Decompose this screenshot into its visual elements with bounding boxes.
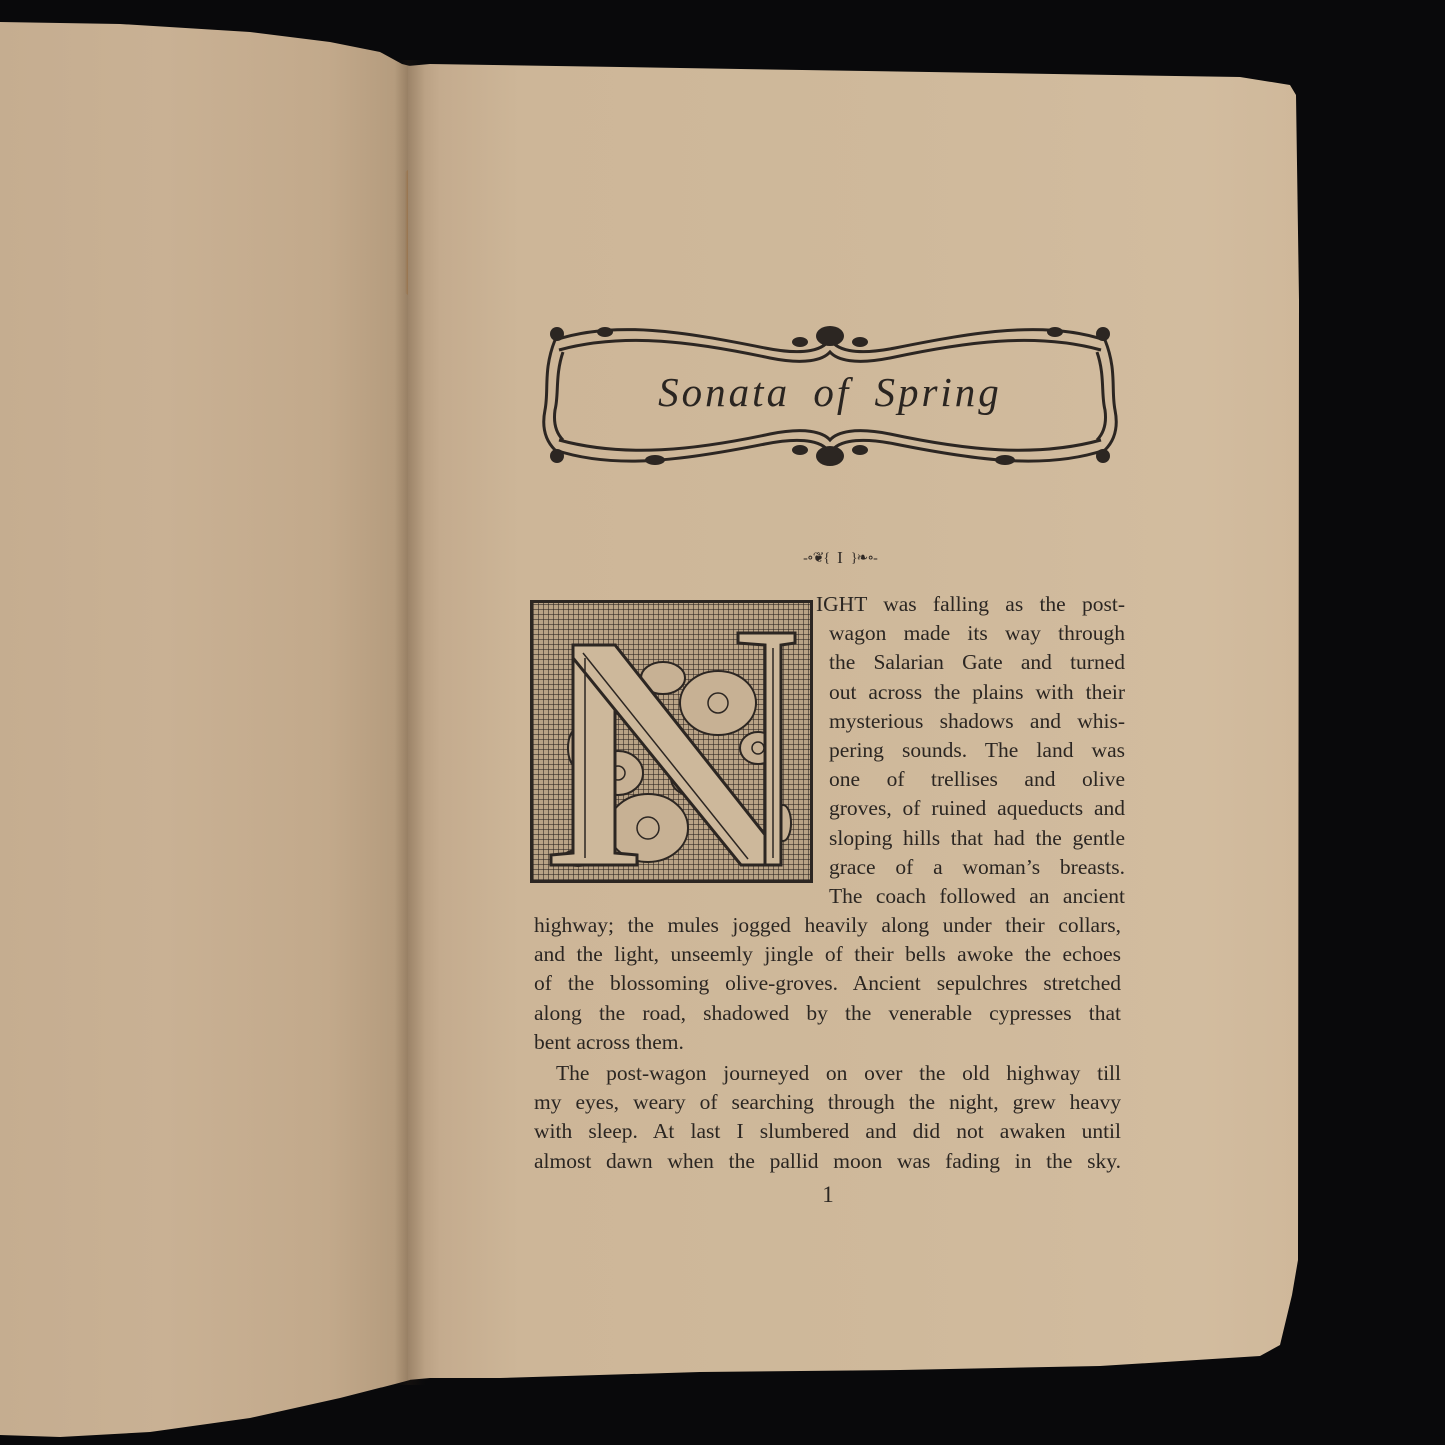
right-fleuron-icon: }❧∘- bbox=[851, 550, 877, 567]
text-line: of the blossoming olive-groves. Ancient … bbox=[534, 969, 1121, 998]
text-line: the Salarian Gate and turned bbox=[829, 648, 1125, 677]
section-number: I bbox=[837, 548, 843, 568]
text-line: and the light, unseemly jingle of their … bbox=[534, 940, 1121, 969]
text-line: wagon made its way through bbox=[829, 619, 1125, 648]
text-line: almost dawn when the pallid moon was fad… bbox=[534, 1147, 1121, 1176]
text-line: out across the plains with their bbox=[829, 678, 1125, 707]
text-line: pering sounds. The land was bbox=[829, 736, 1125, 765]
text-line: with sleep. At last I slumbered and did … bbox=[534, 1117, 1121, 1146]
paragraph-2: The post-wagon journeyed on over the old… bbox=[534, 1059, 1121, 1176]
left-fleuron-icon: -∘❦{ bbox=[803, 550, 829, 567]
page-number: 1 bbox=[818, 1182, 838, 1208]
photo-scene: Sonata of Spring -∘❦{ I }❧∘- bbox=[0, 0, 1445, 1445]
book-gutter-crease bbox=[395, 60, 425, 1385]
text-line: highway; the mules jogged heavily along … bbox=[534, 911, 1121, 940]
text-line: mysterious shadows and whis- bbox=[829, 707, 1125, 736]
text-line: one of trellises and olive bbox=[829, 765, 1125, 794]
text-line: grace of a woman’s breasts. bbox=[829, 853, 1125, 882]
ornamental-title-frame: Sonata of Spring bbox=[535, 310, 1125, 480]
paragraph-1-full-width: highway; the mules jogged heavily along … bbox=[534, 911, 1121, 1057]
text-line: The post-wagon journeyed on over the old… bbox=[534, 1059, 1121, 1088]
chapter-title: Sonata of Spring bbox=[535, 368, 1125, 416]
text-line: my eyes, weary of searching through the … bbox=[534, 1088, 1121, 1117]
text-line: IGHT was falling as the post- bbox=[816, 590, 1125, 619]
illuminated-drop-cap bbox=[530, 600, 813, 883]
paragraph-1-beside-dropcap: IGHT was falling as the post- wagon made… bbox=[829, 590, 1125, 911]
text-line: The coach followed an ancient bbox=[829, 882, 1125, 911]
text-line: groves, of ruined aqueducts and bbox=[829, 794, 1125, 823]
section-heading: -∘❦{ I }❧∘- bbox=[782, 546, 898, 570]
text-line: along the road, shadowed by the venerabl… bbox=[534, 999, 1121, 1028]
text-line: bent across them. bbox=[534, 1028, 1121, 1057]
floral-letter-n-icon bbox=[533, 603, 810, 880]
text-line: sloping hills that had the gentle bbox=[829, 824, 1125, 853]
